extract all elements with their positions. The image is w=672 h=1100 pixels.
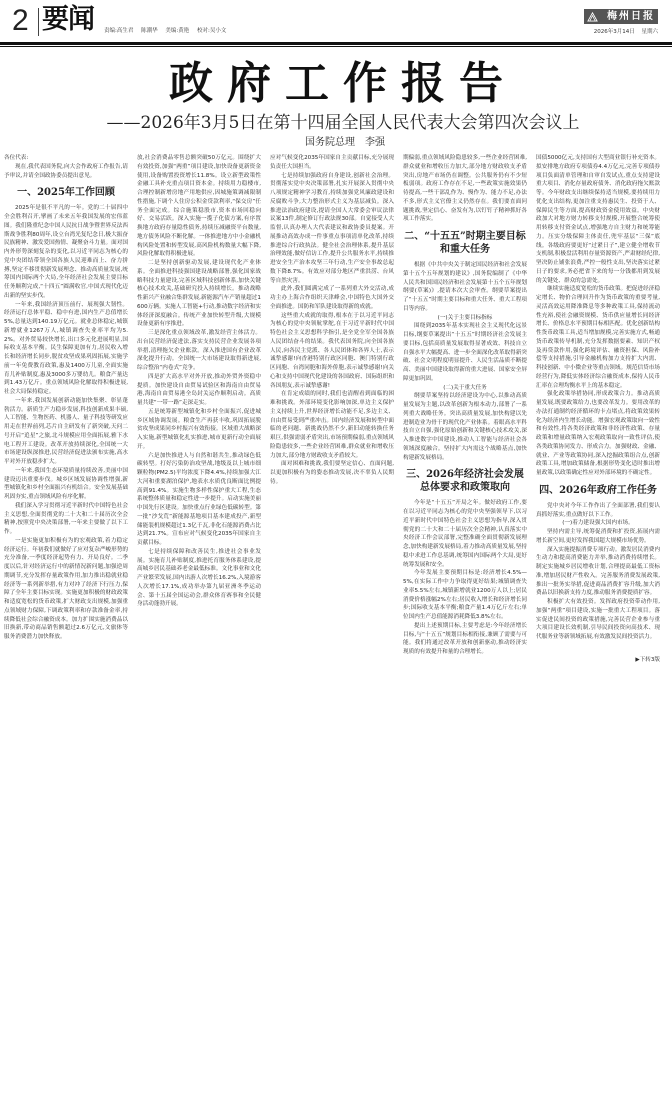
- paragraph: 我们深入学习贯彻习近平新时代中国特色社会主义思想,全面贯彻党的二十大和二十届历次…: [4, 502, 128, 537]
- issue-date: 2026年3月14日 星期六: [589, 27, 658, 35]
- newspaper-logo: 梅州日报: [584, 9, 658, 24]
- header-rule-thin: [0, 46, 672, 47]
- section-heading: 三、2026年经济社会发展总体要求和政策取向: [403, 468, 527, 494]
- paragraph: 四是扩大高水平对外开放,推动外贸外资稳中提质。加快建设自由贸易试验区和海南自由贸…: [137, 373, 261, 408]
- paragraph: 强化政策举措协同,形成政策合力。推动高质量发展,既要政策给力,也要改革发力。要用…: [536, 390, 660, 478]
- paragraph: 积极扩大有效投资。发挥政府投资带动作用,加强“两重”项目建设,实施一批重大工程项…: [536, 598, 660, 642]
- page-masthead: 2 要闻 责编:高生君 陈潮华 美编:黄艳 校对:吴小文 梅州日报 2026年3…: [0, 0, 672, 40]
- newspaper-name: 梅州日报: [607, 11, 655, 22]
- paragraph: 提出上述预期目标,主要考虑是:今年经济增长目标,与“十五五”规划目标相衔接,兼顾…: [403, 622, 527, 657]
- paragraph: 坚持内需主导,统筹促消费和扩投资,拓展内需增长新空间,更好发挥我国超大规模市场优…: [536, 528, 660, 546]
- paragraph: 面对困难和挑战,我们要坚定信心、直面问题,以更加积极有为的姿态推动发展,决不辜负…: [270, 460, 394, 486]
- date-text: 2026年3月14日: [594, 29, 635, 35]
- paragraph: 七是持续保障和改善民生,推进社会事业发展。实施育儿补贴制度,推进托育服务体系建设…: [137, 548, 261, 609]
- text-column-4: 期偏弱,重点领域风险隐患较多,一些企业经营困难,群众就业和增收压力加大,部分地方…: [403, 154, 527, 1090]
- text-column-5: 国债5000亿元,支持国有大型商业银行补充资本。拟安排地方政府专项债券4.4万亿…: [536, 154, 660, 1090]
- paragraph: 继续实施适度宽松的货币政策。把促进经济稳定增长、物价合理回升作为货币政策的重要考…: [536, 285, 660, 390]
- masthead-divider: [38, 8, 39, 36]
- section-heading: 一、2025年工作回顾: [4, 186, 128, 199]
- paragraph: 期偏弱,重点领域风险隐患较多,一些企业经营困难,群众就业和增收压力加大,部分地方…: [403, 154, 527, 224]
- article-subtitle: ——2026年3月5日在第十四届全国人民代表大会第四次会议上: [0, 112, 672, 134]
- article-headline: 政府工作报告: [0, 58, 672, 110]
- paragraph: 三是深化重点领域改革,激发经营主体活力。出台民营经济促进法,落实支持民营企业发展…: [137, 329, 261, 373]
- weekday-text: 星期六: [641, 29, 658, 35]
- text-column-3: 应对气候变化2035年国家自主贡献目标,充分展现负责任大国担当。七是持续加强政府…: [270, 154, 394, 1090]
- subsection-heading: (一)关于主要目标指标: [403, 314, 527, 323]
- section-heading: 二、“十五五”时期主要目标和重大任务: [403, 230, 527, 256]
- continued-on-page-link[interactable]: ▶下转3版: [536, 656, 660, 665]
- paragraph: 二是坚持创新驱动发展,建设现代化产业体系。全面推进科技强国建设战略部署,强化国家…: [137, 259, 261, 329]
- paragraph: 深入实施提振消费专项行动。激发居民消费内生动力和提高消费能力并举,推动消费持续增…: [536, 546, 660, 599]
- paragraph: 各位代表:: [4, 154, 128, 163]
- paragraph: 一年来,我国生态环境质量持续改善,美丽中国建设迈出重要步伐。城乡区域发展协调性增…: [4, 467, 128, 502]
- paragraph: 一是实施更加积极有为的宏观政策,着力稳定经济运行。年初我们就做好了应对复杂严峻形…: [4, 537, 128, 642]
- editor-credit: 责编:高生君: [104, 28, 133, 34]
- page-number: 2: [12, 5, 29, 37]
- paragraph: 今年是“十五五”开局之年。做好政府工作,要在以习近平同志为核心的党中央坚强领导下…: [403, 499, 527, 569]
- paragraph: 围绕到2035年基本实现社会主义现代化远景目标,纲要草案提出“十五五”时期经济社…: [403, 322, 527, 383]
- paragraph: 今年发展主要预期目标是:经济增长4.5%—5%,在实际工作中力争取得更好结果;城…: [403, 569, 527, 622]
- paragraph: 一年来,我国发展创新动能加快集聚、彰显蓬勃活力。新质生产力稳步发展,科技创新成果…: [4, 397, 128, 467]
- subsection-heading: (一)着力建设强大国内市场。: [536, 519, 660, 528]
- section-heading: 四、2026年政府工作任务: [536, 484, 660, 497]
- paragraph: 党中央对今年工作作出了全面部署,我们要认真抓好落实,重点做好以下工作。: [536, 502, 660, 520]
- subsection-heading: (二)关于重大任务: [403, 384, 527, 393]
- paragraph: 国债5000亿元,支持国有大型商业银行补充资本。拟安排地方政府专项债券4.4万亿…: [536, 154, 660, 285]
- paragraph: 五是统筹新型城镇化和乡村全面振兴,促进城乡区域协调发展。粮食生产再获丰收,巩固拓…: [137, 408, 261, 452]
- paragraph: 这些重大成就的取得,根本在于以习近平同志为核心的党中央领航掌舵,在于习近平新时代…: [270, 312, 394, 391]
- paragraph: 根据《中共中央关于制定国民经济和社会发展第十五个五年规划的建议》,国务院编制了《…: [403, 261, 527, 314]
- byline-name: 李强: [365, 137, 385, 148]
- article-body: 各位代表:现在,我代表国务院,向大会作政府工作报告,请予审议,并请全国政协委员提…: [4, 154, 668, 1090]
- paragraph: 应对气候变化2035年国家自主贡献目标,充分展现负责任大国担当。: [270, 154, 394, 172]
- editor-credit: 美编:黄艳: [165, 28, 189, 34]
- text-column-1: 各位代表:现在,我代表国务院,向大会作政府工作报告,请予审议,并请全国政协委员提…: [4, 154, 128, 1090]
- editor-credits: 责编:高生君 陈潮华 美编:黄艳 校对:吴小文: [104, 26, 232, 34]
- header-rule-thick: [0, 42, 672, 45]
- plum-blossom-logo-icon: [587, 11, 598, 22]
- paragraph: 放,社会消费品零售总额突破50万亿元。围绕扩大有效投资,加强“两重”项目建设,加…: [137, 154, 261, 259]
- byline-title: 国务院总理: [305, 137, 355, 148]
- editor-credit: 陈潮华: [141, 28, 158, 34]
- paragraph: 2025年是很不平凡的一年。党的二十届四中全会胜利召开,擘画了未来五年我国发展的…: [4, 204, 128, 300]
- paragraph: 纲要草案坚持以经济建设为中心,以推动高质量发展为主题,以改革创新为根本动力,部署…: [403, 392, 527, 462]
- paragraph: 六是加快推进人与自然和谐共生,推动绿色低碳转型。打好污染防治攻坚战,地级及以上城…: [137, 452, 261, 548]
- paragraph: 此外,我们圆满完成了一系列重大外交活动,成功主办上海合作组织天津峰会,中国特色大…: [270, 285, 394, 311]
- paragraph: 一年来,我国经济顶压前行、展现强大韧性。经济运行总体平稳、稳中有进,国内生产总值…: [4, 301, 128, 397]
- paragraph: 现在,我代表国务院,向大会作政府工作报告,请予审议,并请全国政协委员提出意见。: [4, 163, 128, 181]
- paragraph: 七是持续加强政府自身建设,创新社会治理。贯彻落实党中央决策部署,扎实开展深入贯彻…: [270, 172, 394, 286]
- text-column-2: 放,社会消费品零售总额突破50万亿元。围绕扩大有效投资,加强“两重”项目建设,加…: [137, 154, 261, 1090]
- editor-credit: 校对:吴小文: [197, 28, 226, 34]
- article-byline: 国务院总理李强: [0, 136, 672, 150]
- paragraph: 在肯定成绩的同时,我们也清醒看到面临的困难和挑战。外部环境变化影响加深,单边主义…: [270, 390, 394, 460]
- section-name: 要闻: [42, 4, 94, 36]
